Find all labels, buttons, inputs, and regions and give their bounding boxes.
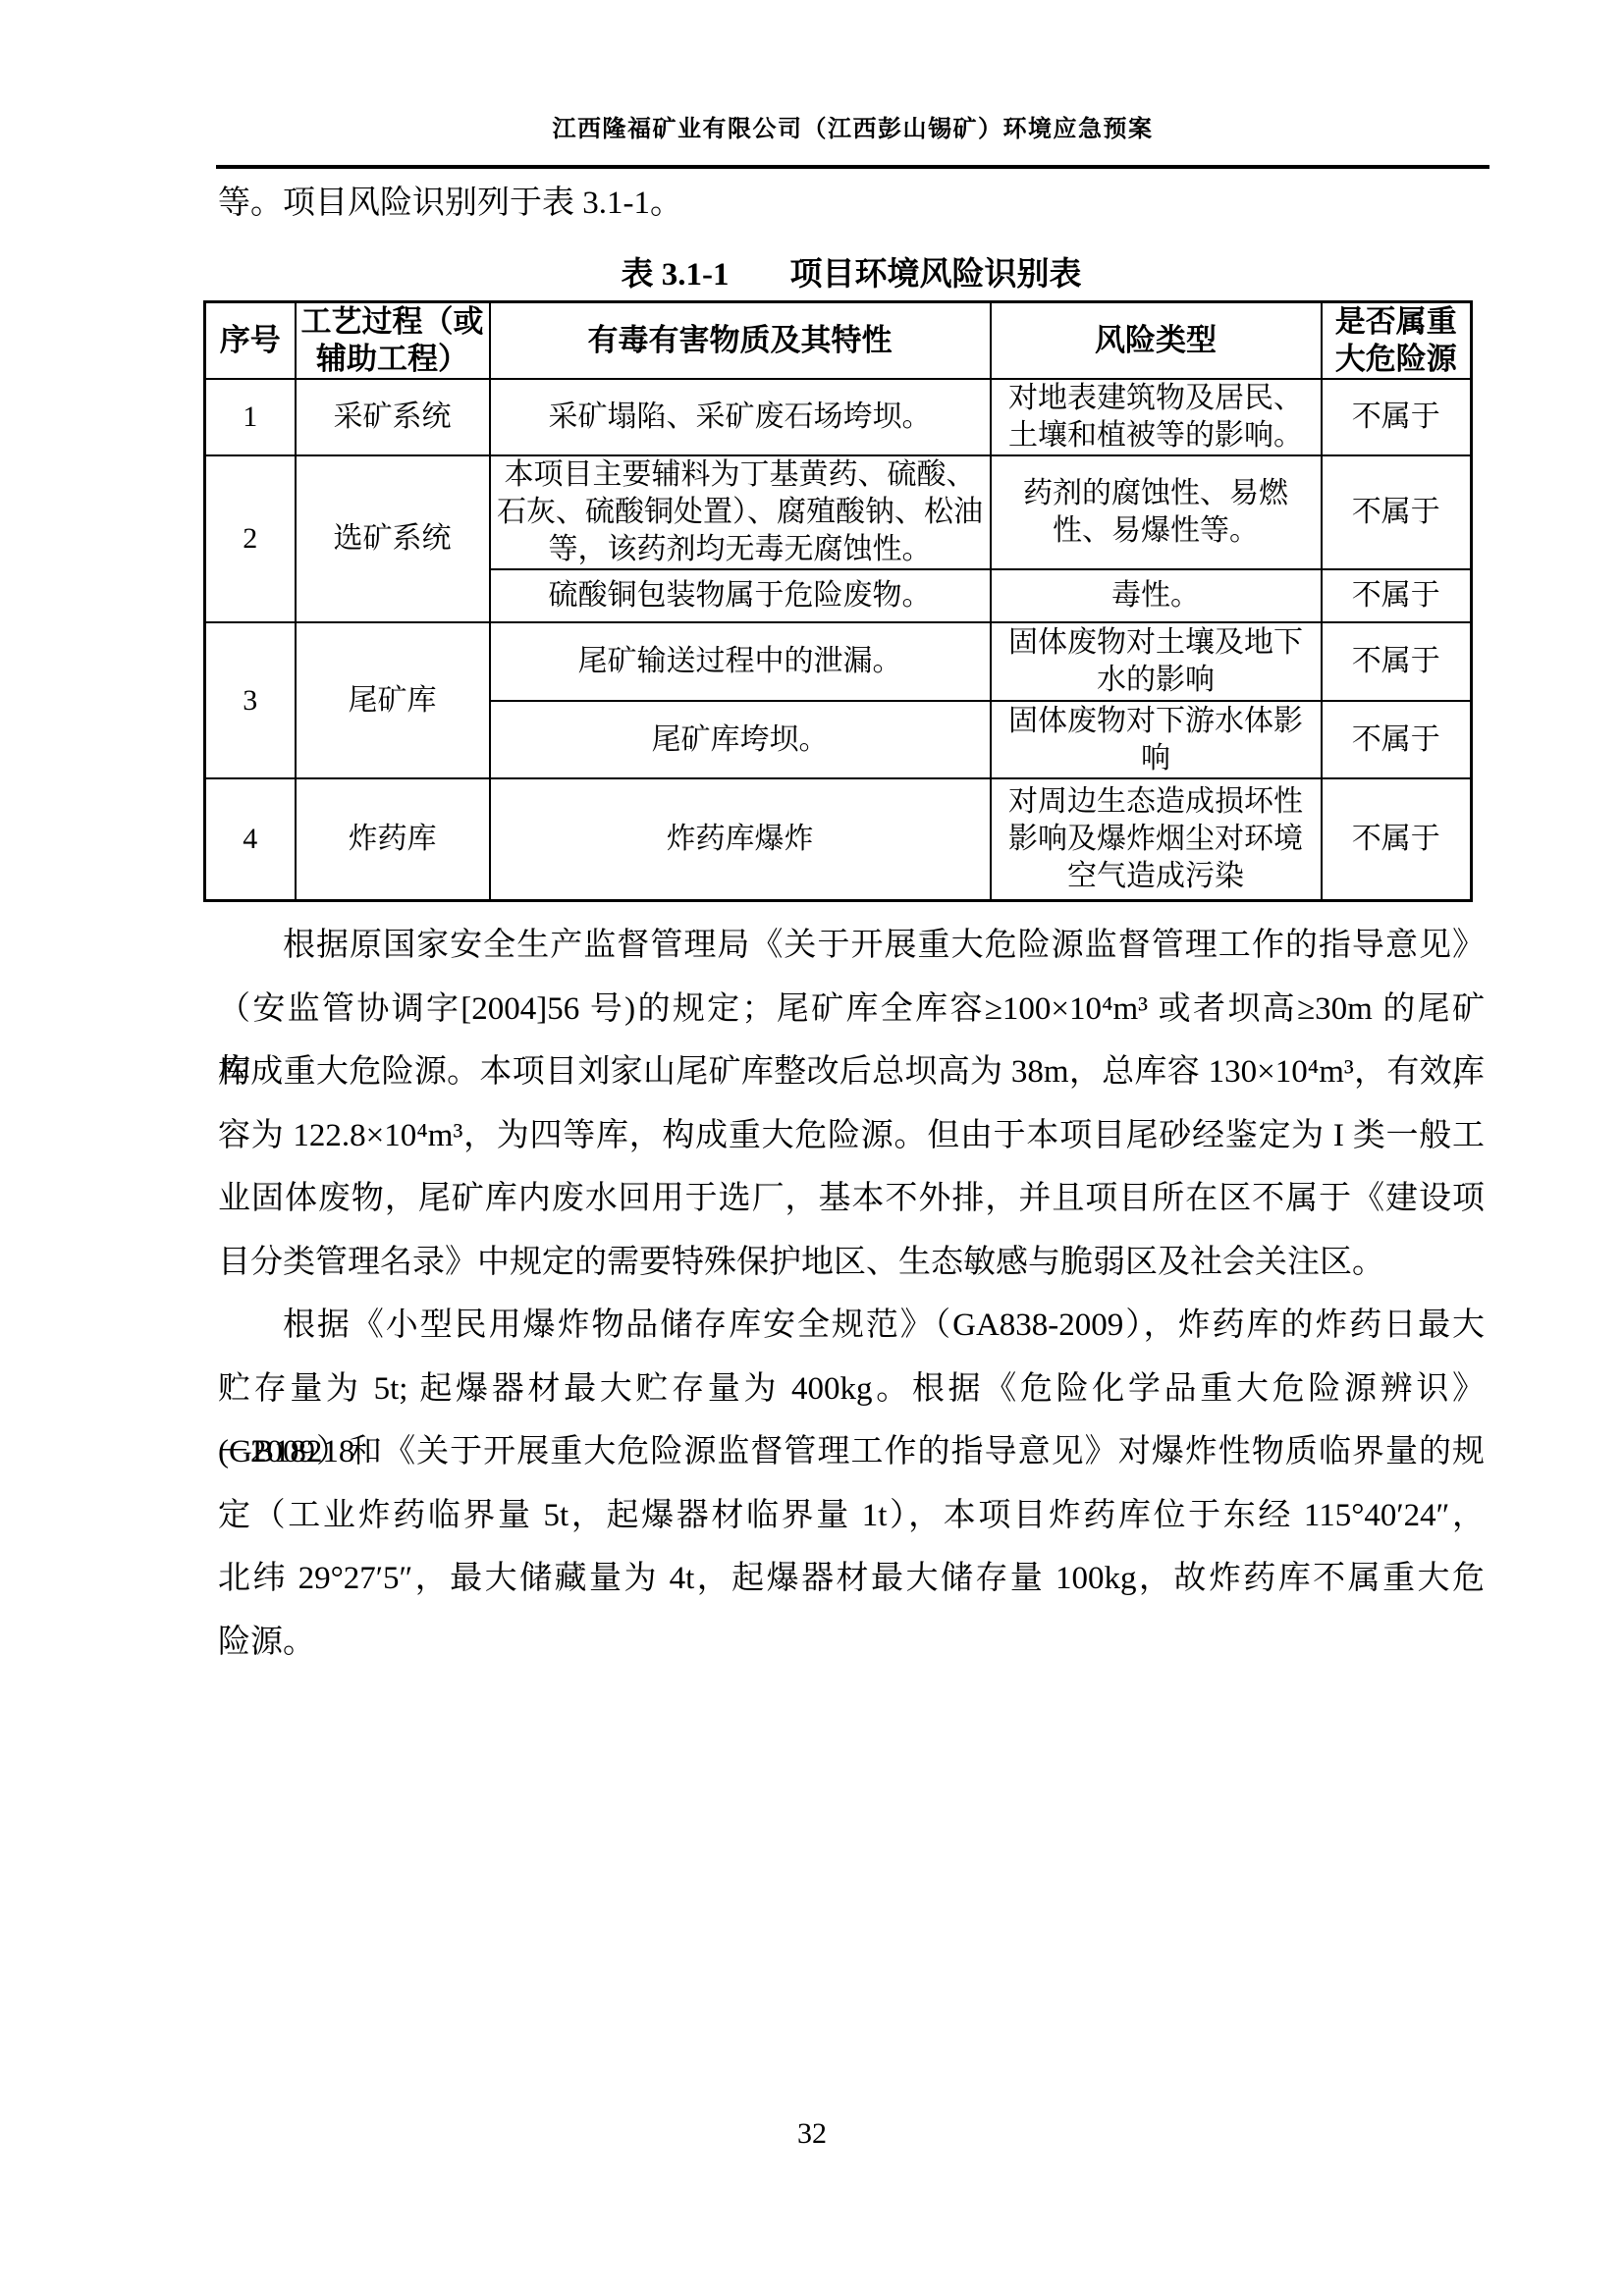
paragraph-line: 北纬 29°27′5″，最大储藏量为 4t，起爆器材最大储存量 100kg，故炸… <box>218 1547 1485 1611</box>
cell-major: 不属于 <box>1322 455 1472 569</box>
cell-process: 尾矿库 <box>296 622 490 778</box>
document-page: 江西隆福矿业有限公司（江西彭山锡矿）环境应急预案 等。项目风险识别列于表 3.1… <box>0 0 1624 2296</box>
cell-no: 1 <box>205 379 296 455</box>
paragraph-line: 目分类管理名录》中规定的需要特殊保护地区、生态敏感与脆弱区及社会关注区。 <box>218 1231 1485 1295</box>
paragraph-line: 容为 122.8×10⁴m³，为四等库，构成重大危险源。但由于本项目尾砂经鉴定为… <box>218 1104 1485 1168</box>
cell-major: 不属于 <box>1322 701 1472 778</box>
page-number: 32 <box>0 2116 1624 2152</box>
cell-process: 选矿系统 <box>296 455 490 622</box>
cell-substance: 本项目主要辅料为丁基黄药、硫酸、石灰、硫酸铜处置）、腐殖酸钠、松油等，该药剂均无… <box>490 455 991 569</box>
table-row: 2 选矿系统 本项目主要辅料为丁基黄药、硫酸、石灰、硫酸铜处置）、腐殖酸钠、松油… <box>205 455 1472 569</box>
risk-identification-table: 序号 工艺过程（或辅助工程） 有毒有害物质及其特性 风险类型 是否属重大危险源 … <box>203 300 1473 902</box>
table-header-row: 序号 工艺过程（或辅助工程） 有毒有害物质及其特性 风险类型 是否属重大危险源 <box>205 302 1472 380</box>
paragraph-line: 险源。 <box>218 1611 1485 1675</box>
table-caption-title: 项目环境风险识别表 <box>790 257 1082 293</box>
table-row: 1 采矿系统 采矿塌陷、采矿废石场垮坝。 对地表建筑物及居民、土壤和植被等的影响… <box>205 379 1472 455</box>
column-header-process: 工艺过程（或辅助工程） <box>296 302 490 380</box>
table-row: 3 尾矿库 尾矿输送过程中的泄漏。 固体废物对土壤及地下水的影响 不属于 <box>205 622 1472 701</box>
paragraph-line: 定（工业炸药临界量 5t，起爆器材临界量 1t），本项目炸药库位于东经 115°… <box>218 1484 1485 1548</box>
paragraph-line: 贮存量为 5t; 起爆器材最大贮存量为 400kg。根据《危险化学品重大危险源辨… <box>218 1358 1485 1421</box>
paragraph-line: －2009）和《关于开展重大危险源监督管理工作的指导意见》对爆炸性物质临界量的规 <box>218 1420 1485 1484</box>
cell-process: 炸药库 <box>296 778 490 900</box>
cell-substance: 硫酸铜包装物属于危险废物。 <box>490 569 991 622</box>
column-header-substance: 有毒有害物质及其特性 <box>490 302 991 380</box>
cell-no: 2 <box>205 455 296 622</box>
cell-risk: 毒性。 <box>991 569 1322 622</box>
header-rule <box>216 165 1489 169</box>
cell-risk: 固体废物对下游水体影响 <box>991 701 1322 778</box>
paragraph-line: 根据《小型民用爆炸物品储存库安全规范》（GA838-2009），炸药库的炸药日最… <box>218 1294 1485 1358</box>
cell-major: 不属于 <box>1322 569 1472 622</box>
cell-substance: 采矿塌陷、采矿废石场垮坝。 <box>490 379 991 455</box>
page-header-title: 江西隆福矿业有限公司（江西彭山锡矿）环境应急预案 <box>216 115 1489 144</box>
body-paragraphs: 根据原国家安全生产监督管理局《关于开展重大危险源监督管理工作的指导意见》 （安监… <box>218 914 1485 1674</box>
column-header-major-source: 是否属重大危险源 <box>1322 302 1472 380</box>
cell-risk: 固体废物对土壤及地下水的影响 <box>991 622 1322 701</box>
column-header-no: 序号 <box>205 302 296 380</box>
intro-text: 等。项目风险识别列于表 3.1-1。 <box>218 183 1485 224</box>
cell-no: 4 <box>205 778 296 900</box>
cell-major: 不属于 <box>1322 778 1472 900</box>
table-caption-label: 表 3.1-1 <box>622 257 730 293</box>
cell-risk: 药剂的腐蚀性、易燃性、易爆性等。 <box>991 455 1322 569</box>
table-row: 4 炸药库 炸药库爆炸 对周边生态造成损坏性影响及爆炸烟尘对环境空气造成污染 不… <box>205 778 1472 900</box>
paragraph-line: 构成重大危险源。本项目刘家山尾矿库整改后总坝高为 38m，总库容 130×10⁴… <box>218 1041 1485 1104</box>
cell-major: 不属于 <box>1322 622 1472 701</box>
column-header-risk-type: 风险类型 <box>991 302 1322 380</box>
paragraph-line: 根据原国家安全生产监督管理局《关于开展重大危险源监督管理工作的指导意见》 <box>218 914 1485 978</box>
cell-risk: 对周边生态造成损坏性影响及爆炸烟尘对环境空气造成污染 <box>991 778 1322 900</box>
cell-substance: 尾矿输送过程中的泄漏。 <box>490 622 991 701</box>
cell-no: 3 <box>205 622 296 778</box>
cell-major: 不属于 <box>1322 379 1472 455</box>
paragraph-line: （安监管协调字[2004]56 号)的规定；尾矿库全库容≥100×10⁴m³ 或… <box>218 978 1485 1041</box>
cell-substance: 炸药库爆炸 <box>490 778 991 900</box>
cell-process: 采矿系统 <box>296 379 490 455</box>
cell-risk: 对地表建筑物及居民、土壤和植被等的影响。 <box>991 379 1322 455</box>
paragraph-line: 业固体废物，尾矿库内废水回用于选厂，基本不外排，并且项目所在区不属于《建设项 <box>218 1167 1485 1231</box>
table-caption: 表 3.1-1项目环境风险识别表 <box>218 254 1485 295</box>
cell-substance: 尾矿库垮坝。 <box>490 701 991 778</box>
